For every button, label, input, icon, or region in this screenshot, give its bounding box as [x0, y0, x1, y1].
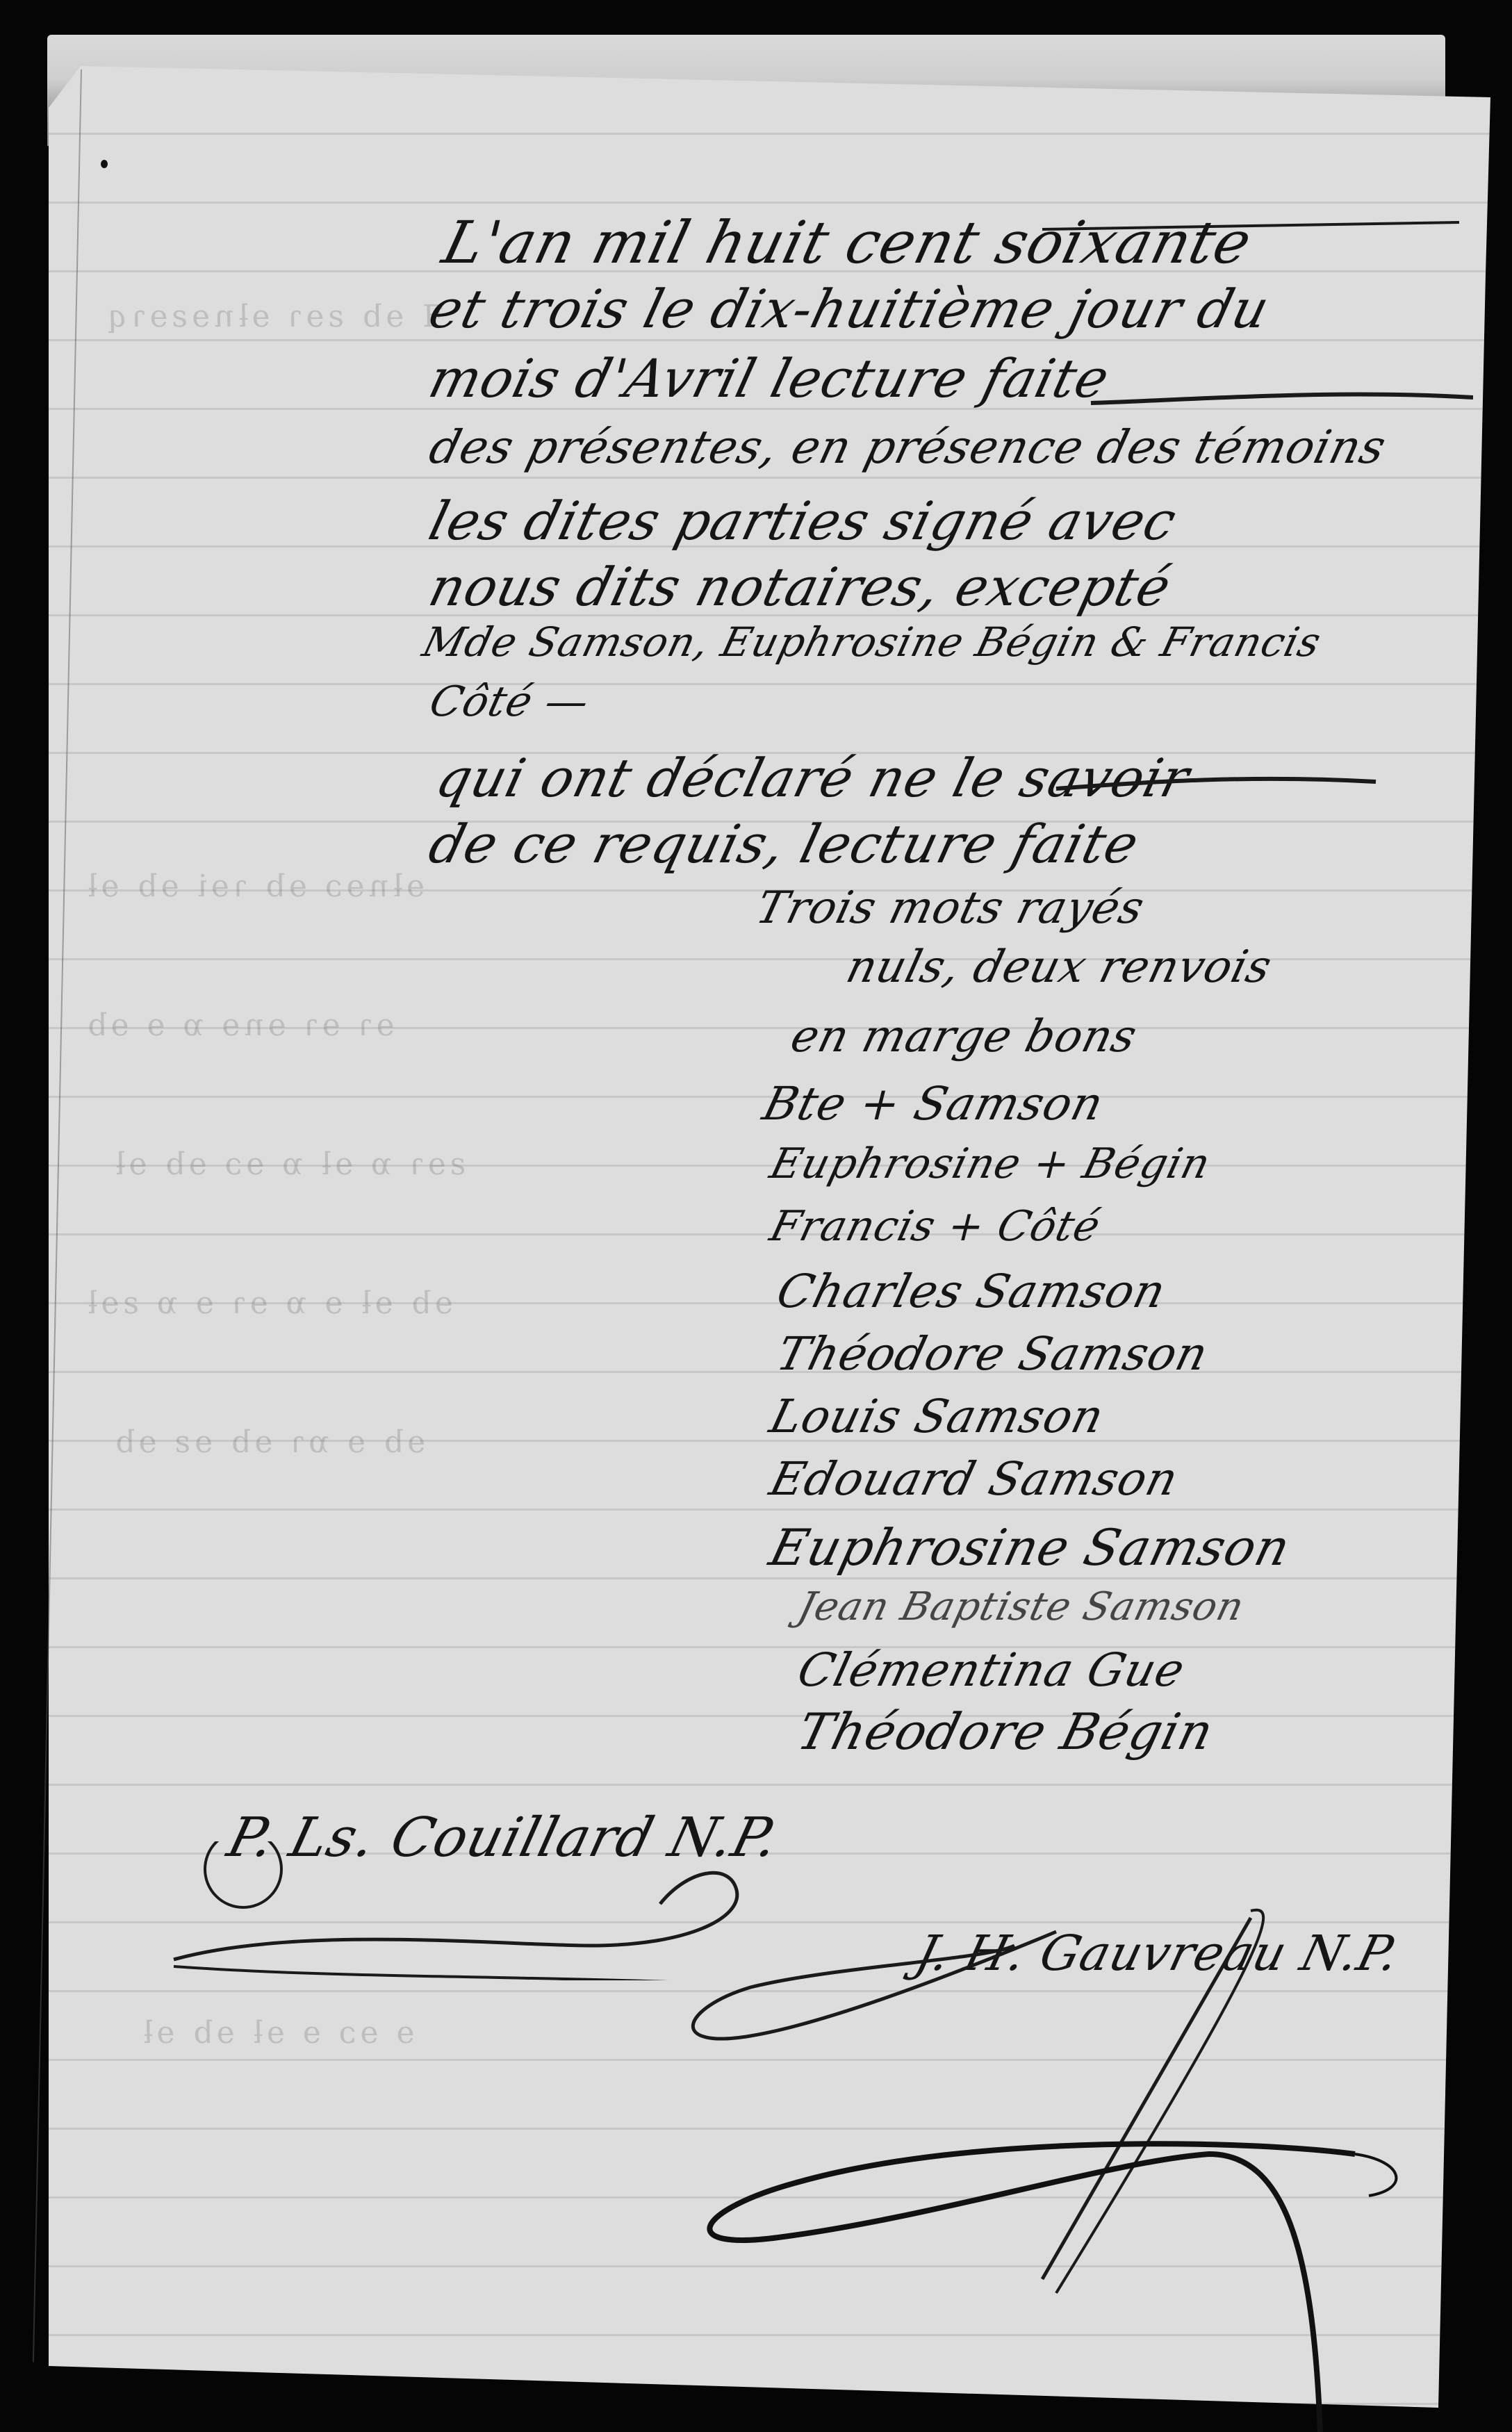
body-line-4: des présentes, en présence des témoins	[424, 420, 1391, 474]
body-line-8: Côté —	[425, 677, 594, 726]
ink-spot	[101, 160, 108, 168]
signature-euphrosine-begin: Euphrosine + Bégin	[765, 1140, 1215, 1188]
signature-theodore-begin: Théodore Bégin	[792, 1702, 1220, 1761]
signature-clementina-gue: Clémentina Gue	[792, 1643, 1190, 1697]
signature-jean-baptiste-samson: Jean Baptiste Samson	[794, 1584, 1249, 1629]
body-line-7: Mde Samson, Euphrosine Bégin & Francis	[418, 618, 1326, 666]
body-line-12: nuls, deux renvois	[841, 942, 1277, 993]
bleed-through-text: ɘb ɘ ɒɿ ɘb ɘƨ ɘb	[108, 1424, 429, 1460]
signature-charles-samson: Charles Samson	[771, 1265, 1171, 1318]
signature-bte-samson: Bte + Samson	[757, 1077, 1109, 1131]
bleed-through-text: ɘ ɘɔ ɘ ɘƚ ɘb ɘƚ	[136, 2015, 418, 2051]
bleed-through-text: ƨɘɿ ɒ ɘƚ ɒ ɘɔ ɘb ɘƚ	[108, 1147, 470, 1182]
body-line-9: qui ont déclaré ne le savoir	[430, 747, 1196, 809]
bleed-through-text: ɘɿ ɘɿ ɘnɘ ɒ ɘ ɘb	[81, 1008, 398, 1043]
body-line-13: en marge bons	[786, 1011, 1142, 1062]
signature-edouard-samson: Edouard Samson	[764, 1452, 1183, 1506]
notary-signature-right: J. H. Gauvreau N.P.	[910, 1925, 1406, 1982]
body-line-1: L'an mil huit cent soixante	[436, 208, 1259, 277]
body-line-11: Trois mots rayés	[751, 882, 1150, 934]
body-line-10: de ce requis, lecture faite	[423, 813, 1145, 875]
signature-louis-samson: Louis Samson	[764, 1390, 1109, 1443]
body-line-5: les dites parties signé avec	[423, 490, 1183, 552]
body-line-2: et trois le dix-huitième jour du	[423, 278, 1276, 340]
signature-theodore-samson: Théodore Samson	[771, 1327, 1213, 1381]
body-line-3: mois d'Avril lecture faite	[423, 347, 1116, 409]
body-line-6: nous dits notaires, excepté	[423, 556, 1178, 618]
signature-francis-cote: Francis + Côté	[765, 1202, 1106, 1251]
signature-euphrosine-samson: Euphrosine Samson	[764, 1518, 1297, 1577]
notary-signature-couillard: P. Ls. Couillard N.P.	[222, 1807, 785, 1869]
bleed-through-text: ɘƚnɘɔ ɘb ɿɘi ɘb ɘƚ	[81, 869, 429, 904]
bleed-through-text: ꟻ ɘb ƨɘɿ ɘƚnɘƨɘɿq	[101, 299, 447, 334]
bleed-through-text: ɘb ɘƚ ɘ ɒ ɘɿ ɘ ɒ ƨɘƚ	[81, 1285, 457, 1321]
